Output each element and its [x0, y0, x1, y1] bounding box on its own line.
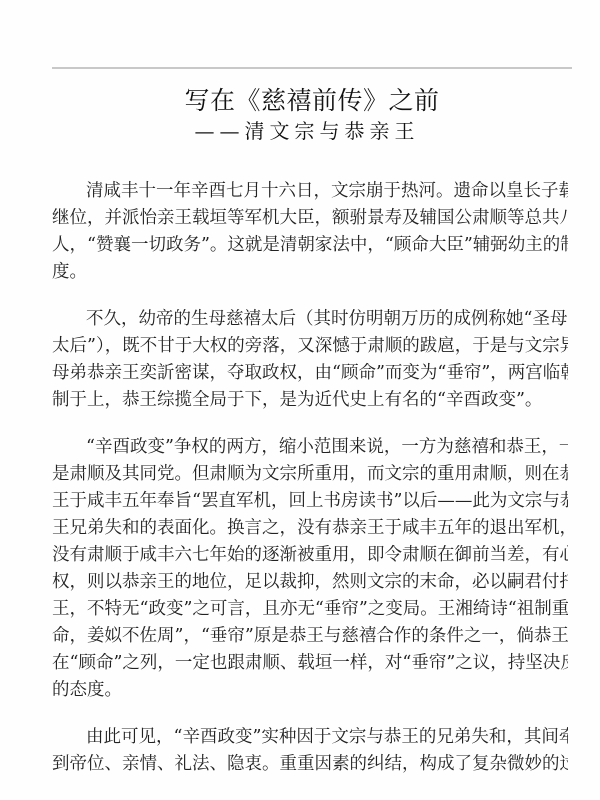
text-line: 制于上，恭王综揽全局于下，是为近代史上有名的“辛酉政变”。 — [52, 387, 568, 414]
text-line: 在“顾命”之列，一定也跟肃顺、载垣一样，对“垂帘”之议，持坚决反对 — [52, 650, 568, 677]
paragraph: “辛酉政变”争权的两方，缩小范围来说，一方为慈禧和恭王，一方 是肃顺及其同党。但… — [52, 434, 568, 704]
text-line: 的态度。 — [52, 677, 568, 704]
text-line: 母弟恭亲王奕訢密谋，夺取政权，由“顾命”而变为“垂帘”，两宫临朝称 — [52, 360, 568, 387]
paragraph: 由此可见，“辛酉政变”实种因于文宗与恭王的兄弟失和，其间牵涉 到帝位、亲情、礼法… — [52, 724, 568, 778]
paragraph: 不久，幼帝的生母慈禧太后（其时仿明朝万历的成例称她“圣母皇 太后”），既不甘于大… — [52, 306, 568, 414]
document-subtitle: ——清文宗与恭亲王 — [0, 118, 600, 144]
text-line: 人，“赞襄一切政务”。这就是清朝家法中，“顾命大臣”辅弼幼主的制 — [52, 232, 568, 259]
text-line: 王于咸丰五年奉旨“罢直军机，回上书房读书”以后——此为文宗与恭亲 — [52, 488, 568, 515]
text-line: 权，则以恭亲王的地位，足以裁抑，然则文宗的末命，必以嗣君付托恭 — [52, 569, 568, 596]
top-horizontal-rule — [52, 67, 572, 69]
text-line: 命，姜姒不佐周”，“垂帘”原是恭王与慈禧合作的条件之一，倘恭王亦 — [52, 623, 568, 650]
document-page: 写在《慈禧前传》之前 ——清文宗与恭亲王 清咸丰十一年辛酉七月十六日，文宗崩于热… — [0, 0, 600, 800]
text-line: 王，不特无“政变”之可言，且亦无“垂帘”之变局。王湘绮诗“祖制重顾 — [52, 596, 568, 623]
text-line: “辛酉政变”争权的两方，缩小范围来说，一方为慈禧和恭王，一方 — [52, 434, 568, 461]
text-line: 清咸丰十一年辛酉七月十六日，文宗崩于热河。遗命以皇长子载淳 — [52, 178, 568, 205]
text-line: 太后”），既不甘于大权的旁落，又深憾于肃顺的跋扈，于是与文宗异 — [52, 333, 568, 360]
text-line: 到帝位、亲情、礼法、隐衷。重重因素的纠结，构成了复杂微妙的过 — [52, 751, 568, 778]
text-line: 继位，并派怡亲王载垣等军机大臣，额驸景寿及辅国公肃顺等总共八 — [52, 205, 568, 232]
text-line: 由此可见，“辛酉政变”实种因于文宗与恭王的兄弟失和，其间牵涉 — [52, 724, 568, 751]
text-line: 没有肃顺于咸丰六七年始的逐渐被重用，即令肃顺在御前当差，有心揽 — [52, 542, 568, 569]
document-title: 写在《慈禧前传》之前 — [0, 86, 600, 116]
text-line: 度。 — [52, 259, 568, 286]
document-body: 清咸丰十一年辛酉七月十六日，文宗崩于热河。遗命以皇长子载淳 继位，并派怡亲王载垣… — [52, 178, 568, 798]
text-line: 不久，幼帝的生母慈禧太后（其时仿明朝万历的成例称她“圣母皇 — [52, 306, 568, 333]
text-line: 王兄弟失和的表面化。换言之，没有恭亲王于咸丰五年的退出军机，就 — [52, 515, 568, 542]
paragraph: 清咸丰十一年辛酉七月十六日，文宗崩于热河。遗命以皇长子载淳 继位，并派怡亲王载垣… — [52, 178, 568, 286]
text-line: 是肃顺及其同党。但肃顺为文宗所重用，而文宗的重用肃顺，则在恭亲 — [52, 461, 568, 488]
